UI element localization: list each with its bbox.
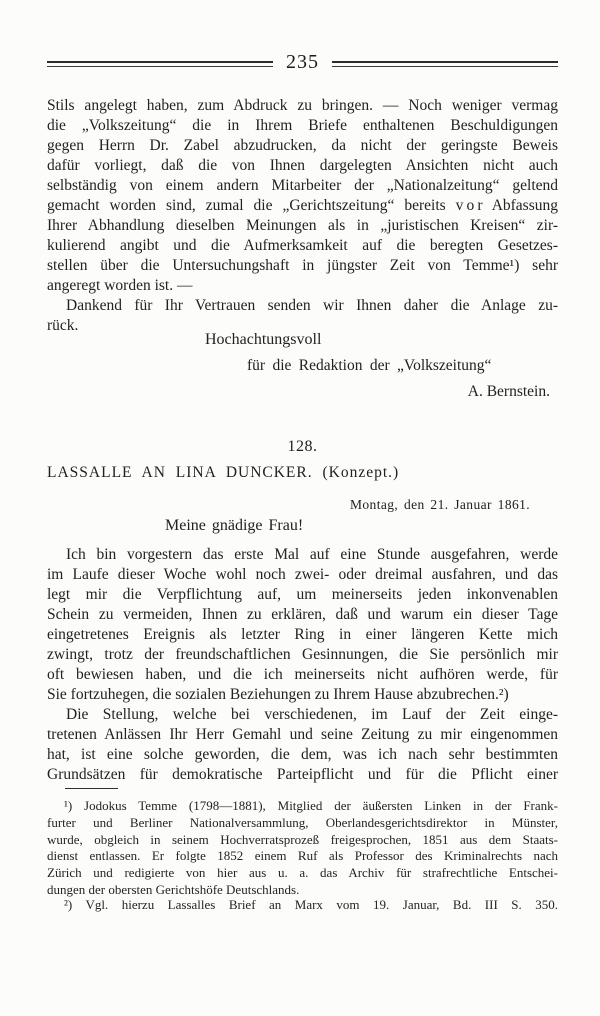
text-line: Schein zu vermeiden, Ihnen zu erklären, … (47, 605, 558, 625)
text-line: stellen über die Untersuchungshaft in jü… (47, 256, 558, 276)
running-head: 235 (47, 50, 558, 74)
text-line: selbständig von einem andern Mitarbeiter… (47, 176, 558, 196)
text-line: Ihrer Abhandlung dieselben Meinungen als… (47, 216, 558, 236)
text-line: dafür vorliegt, daß die von Ihnen dargel… (47, 156, 558, 176)
text-line: Grundsätzen für demokratische Parteipfli… (47, 765, 558, 785)
text-line: kulierend angibt und die Aufmerksamkeit … (47, 236, 558, 256)
text-line: furter und Berliner Nationalversammlung,… (47, 815, 558, 832)
text-line: Ich bin vorgestern das erste Mal auf ein… (47, 545, 558, 565)
header-rule-left (47, 61, 273, 67)
text-line: Die Stellung, welche bei verschiedenen, … (47, 705, 558, 725)
valediction: Hochachtungsvoll (205, 331, 321, 349)
footnote-1: ¹) Jodokus Temme (1798—1881), Mitglied d… (47, 798, 558, 899)
letter-number: 128. (47, 438, 558, 456)
text-line: im Laufe dieser Woche wohl noch zwei- od… (47, 565, 558, 585)
letter-salutation: Meine gnädige Frau! (165, 517, 303, 535)
signature-name: A. Bernstein. (468, 383, 550, 401)
book-page: 235 Stils angelegt haben, zum Abdruck zu… (0, 0, 600, 1016)
text-line: Stils angelegt haben, zum Abdruck zu bri… (47, 96, 558, 116)
text-line: Sie fortzuhegen, die sozialen Beziehunge… (47, 685, 558, 705)
volkszeitung-letter-body: Stils angelegt haben, zum Abdruck zu bri… (47, 96, 558, 336)
text-line: gemacht worden sind, zumal die „Gerichts… (47, 196, 558, 216)
text-line: oft bewiesen haben, und die ich meinerse… (47, 665, 558, 685)
footnote-divider (65, 788, 118, 789)
header-rule-right (332, 61, 558, 67)
footnote-2: ²) Vgl. hierzu Lassalles Brief an Marx v… (47, 897, 558, 914)
text-line: gegen Herrn Dr. Zabel abzudrucken, da ni… (47, 136, 558, 156)
text-line: angeregt worden ist. — (47, 276, 558, 296)
text-line: wurde, obgleich in seinem Hochverratspro… (47, 832, 558, 849)
signature-organization: für die Redaktion der „Volkszeitung“ (247, 357, 491, 375)
text-line: eingetretenes Ereignis als letzter Ring … (47, 625, 558, 645)
letter-128-body: Ich bin vorgestern das erste Mal auf ein… (47, 545, 558, 785)
letter-dateline: Montag, den 21. Januar 1861. (350, 497, 530, 513)
text-line: legt mir die Verpflichtung auf, um meine… (47, 585, 558, 605)
page-number: 235 (273, 50, 332, 74)
text-line: die „Volkszeitung“ die in Ihrem Briefe e… (47, 116, 558, 136)
text-line: zwingt, trotz der freundschaftlichen Ges… (47, 645, 558, 665)
letter-heading: LASSALLE AN LINA DUNCKER. (Konzept.) (47, 464, 399, 482)
text-line: ¹) Jodokus Temme (1798—1881), Mitglied d… (47, 798, 558, 815)
text-line: ²) Vgl. hierzu Lassalles Brief an Marx v… (47, 897, 558, 914)
text-line: tretenen Anlässen Ihr Herr Gemahl und se… (47, 725, 558, 745)
text-line: Dankend für Ihr Vertrauen senden wir Ihn… (47, 296, 558, 316)
text-line: hat, ist eine solche geworden, die dem, … (47, 745, 558, 765)
text-line: Zürich und redigierte von hier aus u. a.… (47, 865, 558, 882)
text-line: dienst entlassen. Er folgte 1852 einem R… (47, 848, 558, 865)
